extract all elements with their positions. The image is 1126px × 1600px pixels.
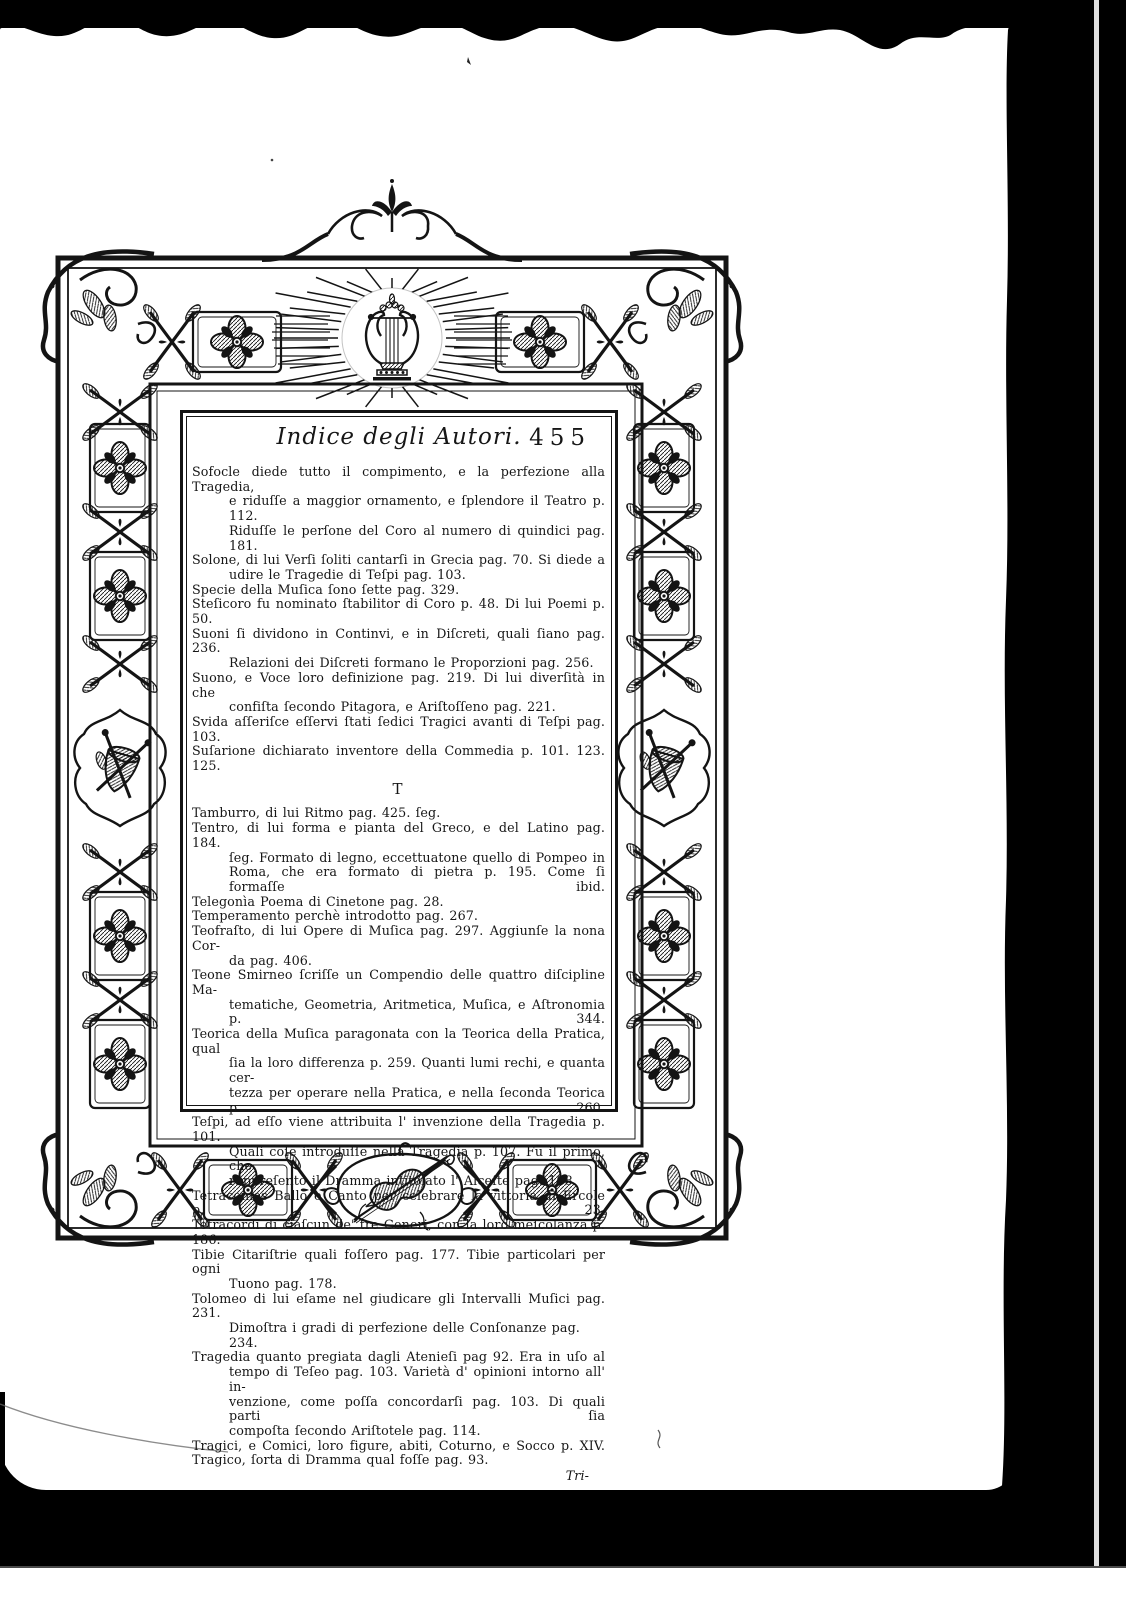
rosette-icon <box>94 910 146 962</box>
index-line: Riduſſe le perſone del Coro al numero di… <box>192 524 605 553</box>
index-line: Tragico, ſorta di Dramma qual foſſe pag.… <box>192 1453 605 1468</box>
page-header: Indice degli Autori. 455 <box>183 424 615 458</box>
index-line: Specie della Muſica ſono ſette pag. 329. <box>192 583 605 598</box>
scan-bottom-strip <box>0 1566 1126 1600</box>
index-text-panel: Indice degli Autori. 455 Sofocle diede t… <box>180 410 618 1112</box>
index-line: Tentro, di lui forma e pianta del Greco,… <box>192 821 605 850</box>
crest-icon <box>262 179 522 260</box>
ink-speck <box>467 57 471 65</box>
index-line: Dimoſtra i gradi di perfezione delle Con… <box>192 1321 605 1350</box>
index-line: Tetracordi di ciaſcun de' tre Generi, co… <box>192 1218 605 1247</box>
catchword: Tri- <box>192 1469 605 1484</box>
ink-speck <box>271 159 274 162</box>
index-line: ſia la loro differenza p. 259. Quanti lu… <box>192 1056 605 1085</box>
right-ornament-column <box>618 381 709 1108</box>
scan-right-edge <box>1002 0 1016 1490</box>
scanned-book-page: { "page": { "header": { "title": "Indice… <box>0 0 1126 1600</box>
paper-mark <box>658 1430 660 1448</box>
rosette-icon <box>638 570 690 622</box>
index-line: Sofocle diede tutto il compimento, e la … <box>192 465 605 494</box>
index-line: Teone Smirneo ſcriſſe un Compendio delle… <box>192 968 605 997</box>
index-line: tezza per operare nella Pratica, e nella… <box>192 1086 605 1115</box>
section-heading: T <box>192 782 605 797</box>
index-line: udire le Tragedie di Teſpi pag. 103. <box>192 568 605 583</box>
scan-white-streak <box>1094 0 1099 1566</box>
rosette-icon <box>638 910 690 962</box>
left-ornament-column <box>74 381 165 1108</box>
index-line: Suoni ſi dividono in Continvi, e in Diſc… <box>192 627 605 656</box>
index-line: ſeg. Formato di legno, eccettuatone quel… <box>192 851 605 866</box>
index-line: Suſarione dichiarato inventore della Com… <box>192 744 605 773</box>
index-line: Svida aſſeriſce eſſervi ſtati ſedici Tra… <box>192 715 605 744</box>
index-line: tematiche, Geometria, Aritmetica, Muſica… <box>192 998 605 1027</box>
index-line: Tibie Citariſtrie quali foſſero pag. 177… <box>192 1248 605 1277</box>
index-line: Teſpi, ad eſſo viene attribuita l' inven… <box>192 1115 605 1144</box>
index-line: Teofraſto, di lui Opere di Muſica pag. 2… <box>192 924 605 953</box>
rosette-icon <box>514 316 566 368</box>
index-line: Temperamento perchè introdotto pag. 267. <box>192 909 605 924</box>
page-number: 455 <box>529 425 591 451</box>
index-line: e riduſſe a maggior ornamento, e ſplendo… <box>192 494 605 523</box>
index-entries: Sofocle diede tutto il compimento, e la … <box>183 465 615 1484</box>
index-line: venzione, come poſſa concordarſi pag. 10… <box>192 1395 605 1424</box>
index-line: tempo di Teſeo pag. 103. Varietà d' opin… <box>192 1365 605 1394</box>
rosette-icon <box>94 1038 146 1090</box>
index-line: Teorica della Muſica paragonata con la T… <box>192 1027 605 1056</box>
index-line: Relazioni dei Diſcreti formano le Propor… <box>192 656 605 671</box>
rosette-icon <box>638 1038 690 1090</box>
index-line: Roma, che era formato di pietra p. 195. … <box>192 865 605 894</box>
index-line: Tragedia quanto pregiata dagli Atenieſi … <box>192 1350 605 1365</box>
index-line: Steſicoro fu nominato ſtabilitor di Coro… <box>192 597 605 626</box>
index-line: compoſta ſecondo Ariſtotele pag. 114. <box>192 1424 605 1439</box>
index-line: Telegonìa Poema di Cinetone pag. 28. <box>192 895 605 910</box>
index-line: Tolomeo di lui eſame nel giudicare gli I… <box>192 1292 605 1321</box>
index-line: Tuono pag. 178. <box>192 1277 605 1292</box>
rosette-icon <box>638 442 690 494</box>
index-line: confiſta ſecondo Pitagora, e Ariſtoſſeno… <box>192 700 605 715</box>
rosette-icon <box>94 442 146 494</box>
index-line: da pag. 406. <box>192 954 605 969</box>
index-line: Tamburro, di lui Ritmo pag. 425. ſeg. <box>192 806 605 821</box>
index-line: Tragici, e Comici, loro figure, abiti, C… <box>192 1439 605 1454</box>
index-line: Solone, di lui Verſi ſoliti cantarſi in … <box>192 553 605 568</box>
rosette-icon <box>211 316 263 368</box>
index-line: Suono, e Voce loro definizione pag. 219.… <box>192 671 605 700</box>
scan-left-sliver <box>0 1392 5 1488</box>
drum-ornament-icon <box>618 710 709 826</box>
rosette-icon <box>94 570 146 622</box>
index-line: rappreſentò il Dramma intitolato l' Alce… <box>192 1174 605 1189</box>
scan-top-tear <box>0 0 1016 49</box>
drum-ornament-icon <box>74 710 165 826</box>
index-line: Tetracomos Ballo e Canto per celebrare l… <box>192 1189 605 1218</box>
index-line: Quali coſe introduſſe nella Tragedia p. … <box>192 1145 605 1174</box>
